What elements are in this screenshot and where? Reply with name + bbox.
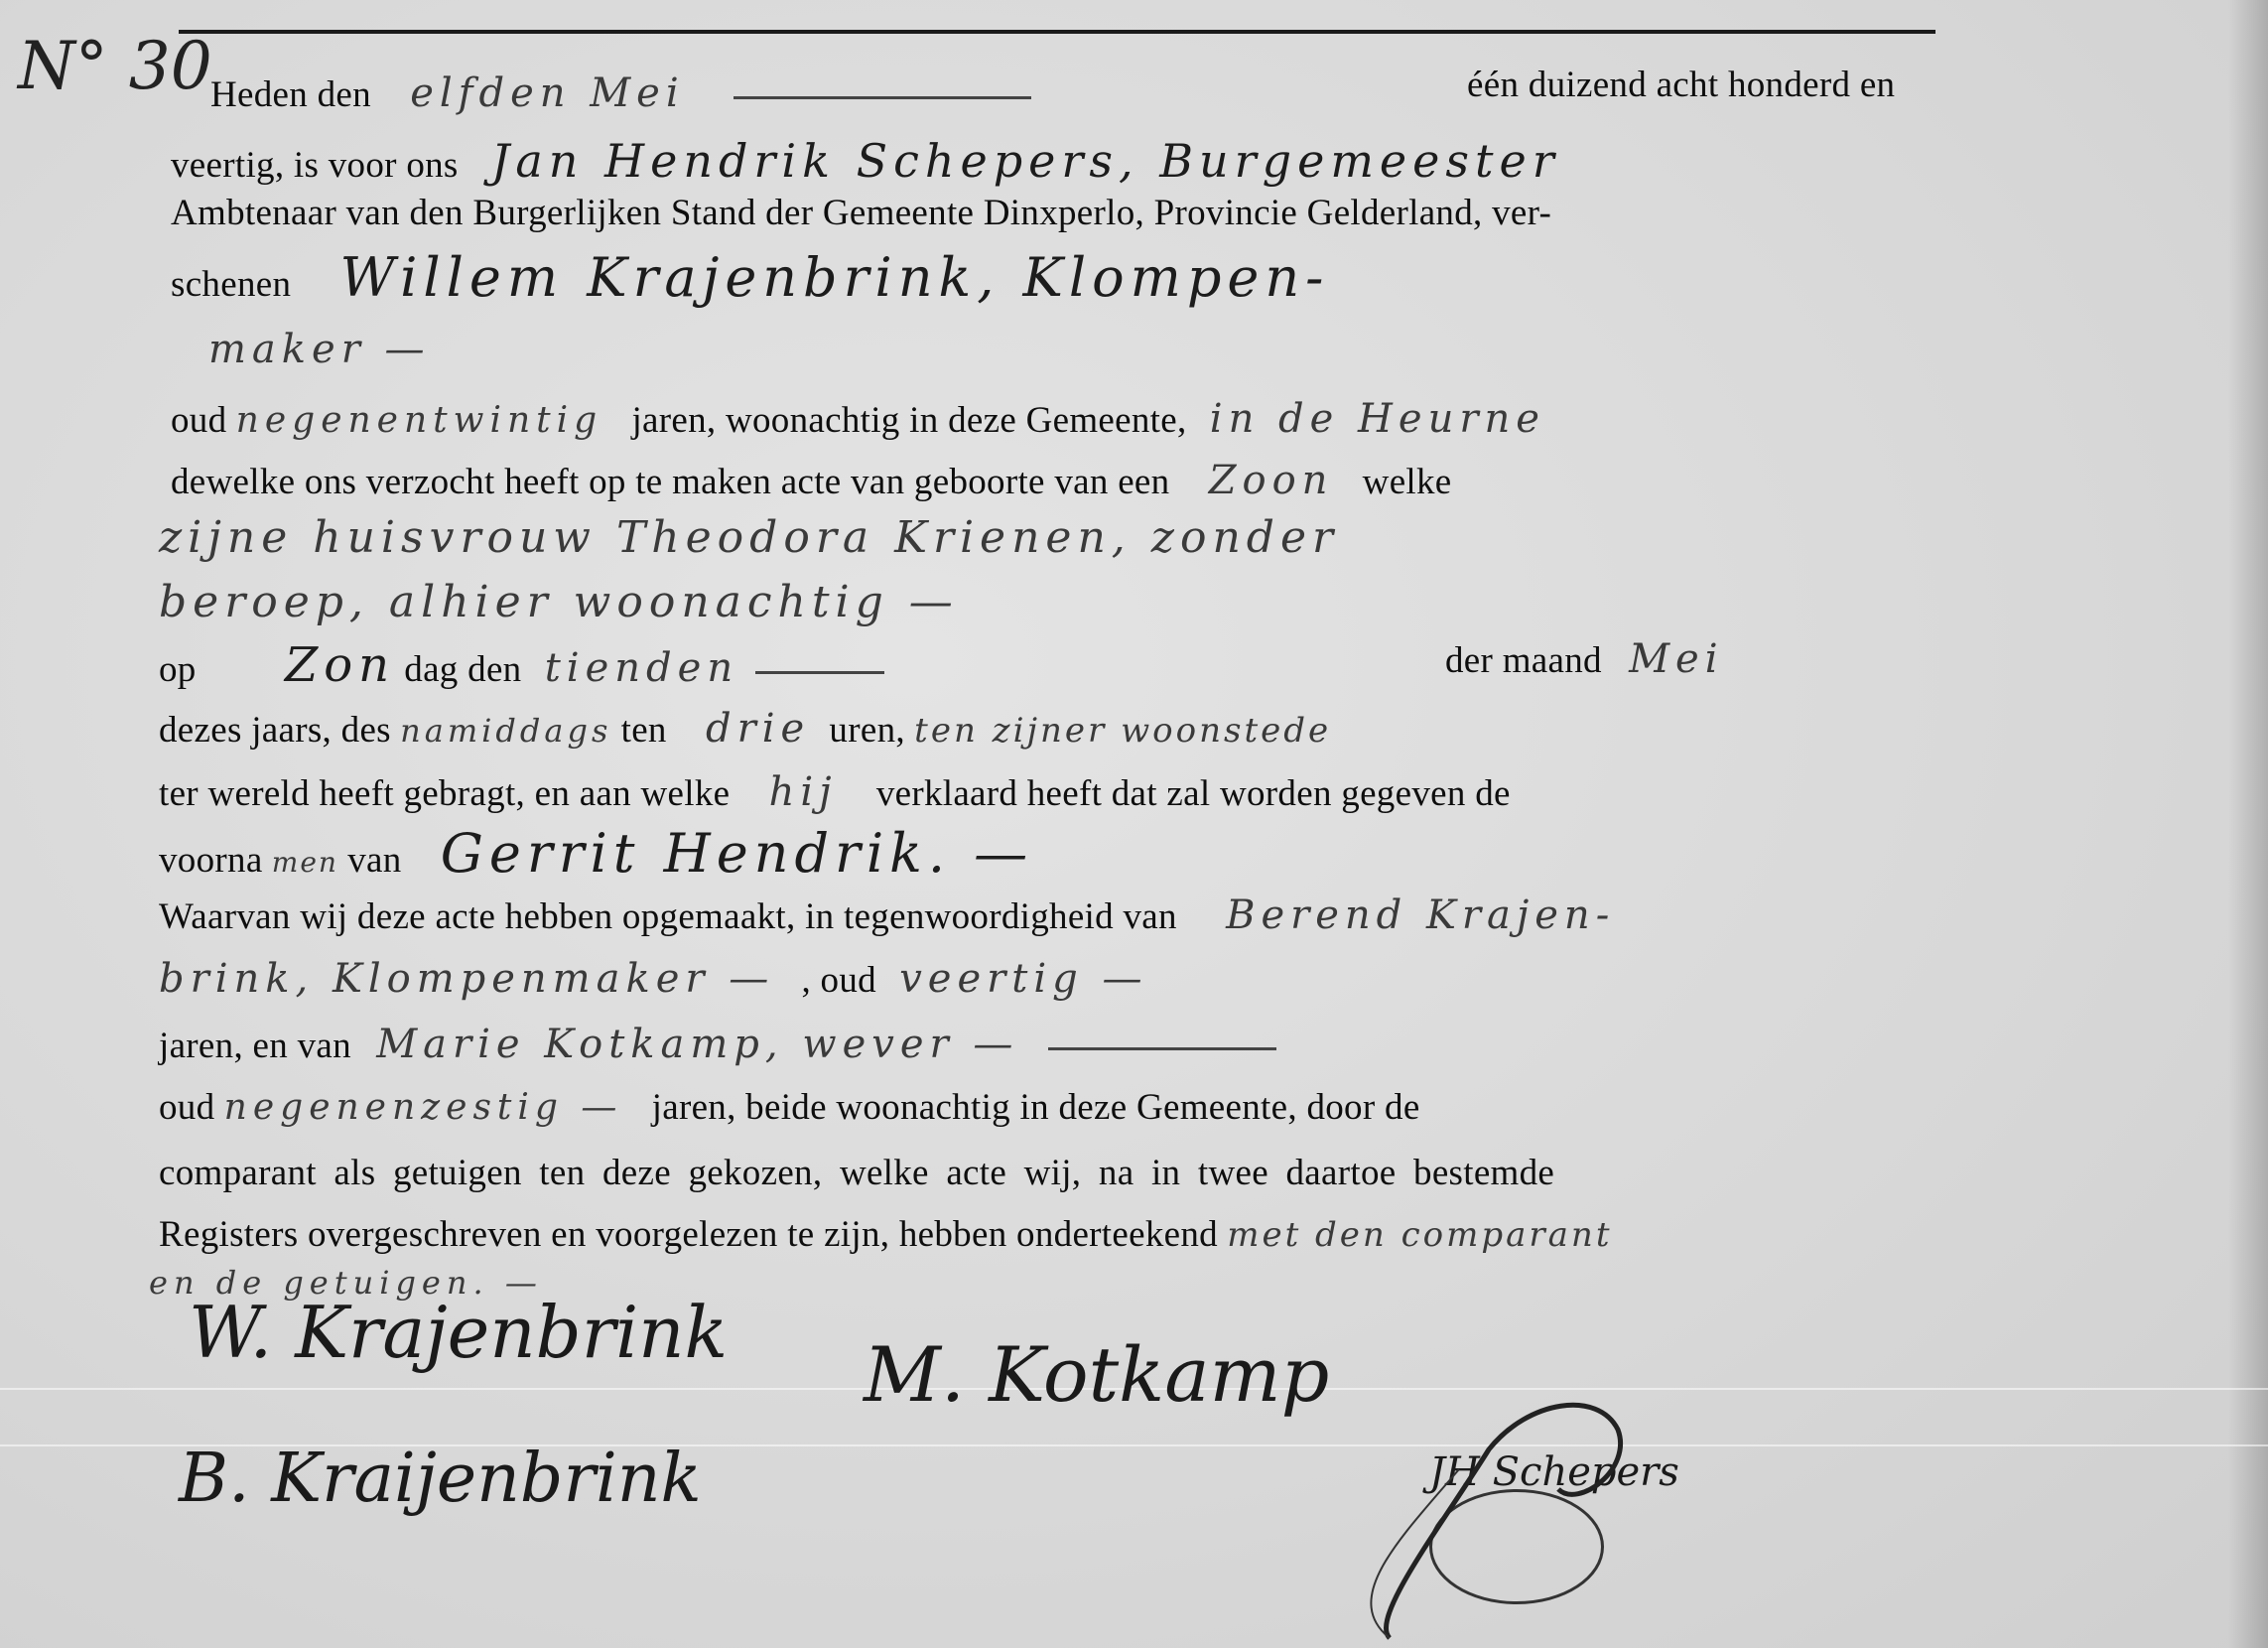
entry-number: N° 30 (18, 28, 212, 104)
printed-text: schenen (171, 264, 291, 305)
printed-text: dewelke ons verzocht heeft op te maken a… (171, 462, 1169, 502)
line-2: veertig, is voor ons Jan Hendrik Scheper… (171, 139, 1560, 188)
printed-text: der maand (1445, 640, 1602, 681)
handwritten-hour: drie (706, 706, 810, 752)
line-19: Registers overgeschreven en voorgelezen … (159, 1213, 1613, 1257)
handwritten-occupation: maker — (208, 327, 431, 372)
handwritten-witness-1: Berend Krajen- (1226, 893, 1615, 938)
printed-text: Ambtenaar van den Burgerlijken Stand der… (171, 193, 1551, 233)
printed-text: ter wereld heeft gebragt, en aan welke (159, 773, 730, 814)
handwritten-time-of-day: namiddags (400, 712, 611, 750)
printed-text: jaren, en van (159, 1026, 351, 1066)
handwritten-month: Mei (1629, 636, 1723, 682)
line-1: Heden den elfden Mei (210, 71, 1031, 117)
line-15: brink, Klompenmaker — , oud veertig — (159, 957, 1147, 1003)
handwritten-weekday: Zon (285, 637, 395, 693)
line-12: ter wereld heeft gebragt, en aan welke h… (159, 770, 1511, 816)
handwritten-child-name: Gerrit Hendrik. — (441, 822, 1033, 885)
line-5: maker — (208, 328, 431, 373)
line-9: beroep, alhier woonachtig — (159, 581, 959, 627)
line-10-right: der maand Mei (1445, 637, 1724, 683)
line-8: zijne huisvrouw Theodora Krienen, zonder (159, 516, 1339, 563)
handwritten-mother: zijne huisvrouw Theodora Krienen, zonder (159, 512, 1339, 563)
fill-dash (1048, 1047, 1276, 1050)
printed-text: Waarvan wij deze acte hebben opgemaakt, … (159, 896, 1177, 937)
line-3: Ambtenaar van den Burgerlijken Stand der… (171, 192, 1551, 235)
printed-text: comparant als getuigen ten deze gekozen,… (159, 1153, 1554, 1193)
handwritten-witness-2: Marie Kotkamp, wever — (376, 1022, 1018, 1067)
fill-dash (734, 96, 1031, 99)
signature-father: W. Krajenbrink (189, 1291, 728, 1374)
top-rule (179, 30, 1935, 34)
line-6: oud negenentwintig jaren, woonachtig in … (171, 397, 1545, 443)
printed-text: veertig, is voor ons (171, 145, 459, 186)
line-18: comparant als getuigen ten deze gekozen,… (159, 1152, 1554, 1195)
printed-text: oud (159, 1087, 214, 1128)
printed-text: van (347, 840, 401, 881)
printed-text: op (159, 649, 197, 690)
printed-text: verklaard heeft dat zal worden gegeven d… (876, 773, 1511, 814)
printed-text: , oud (801, 960, 876, 1001)
handwritten-age: negenentwintig (236, 400, 603, 441)
handwritten-signing-note: met den comparant (1227, 1215, 1612, 1255)
printed-text: uren, (829, 710, 905, 751)
line-16: jaren, en van Marie Kotkamp, wever — (159, 1023, 1276, 1068)
printed-text: jaren, woonachtig in deze Gemeente, (631, 400, 1186, 441)
handwritten-registrar: Jan Hendrik Schepers, Burgemeester (491, 134, 1560, 188)
handwritten-child-sex: Zoon (1209, 458, 1334, 503)
line-10: op Zon dag den tienden (159, 643, 884, 692)
handwritten-date: elfden Mei (410, 70, 684, 116)
line-11: dezes jaars, des namiddags ten drie uren… (159, 707, 1331, 753)
printed-text: dag den (404, 649, 521, 690)
handwritten-witness-2-age: negenenzestig — (224, 1087, 623, 1128)
handwritten-suffix: men (272, 846, 338, 879)
line-13: voorna men van Gerrit Hendrik. — (159, 832, 1033, 885)
line-4: schenen Willem Krajenbrink, Klompen- (171, 256, 1329, 307)
printed-text: Registers overgeschreven en voorgelezen … (159, 1214, 1218, 1255)
signature-witness-berend: B. Kraijenbrink (179, 1440, 702, 1518)
handwritten-mother-occupation: beroep, alhier woonachtig — (159, 577, 959, 627)
printed-text: dezes jaars, des (159, 710, 391, 751)
signature-flourish (1241, 1370, 1658, 1648)
printed-text: welke (1363, 462, 1452, 502)
line-14: Waarvan wij deze acte hebben opgemaakt, … (159, 893, 1615, 939)
handwritten-day: tienden (545, 645, 738, 691)
printed-text: oud (171, 400, 226, 441)
line-7: dewelke ons verzocht heeft op te maken a… (171, 459, 1452, 504)
printed-text: jaren, beide woonachtig in deze Gemeente… (652, 1087, 1420, 1128)
printed-text: Heden den (210, 74, 371, 115)
line-1-right: één duizend acht honderd en (1467, 64, 1895, 107)
handwritten-residence: in de Heurne (1210, 396, 1545, 442)
line-17: oud negenenzestig — jaren, beide woonach… (159, 1086, 1420, 1130)
handwritten-witness-1-age: veertig — (899, 956, 1147, 1002)
handwritten-birthplace: ten zijner woonstede (914, 711, 1331, 751)
handwritten-witness-1-occupation: brink, Klompenmaker — (159, 956, 774, 1002)
handwritten-declarant: Willem Krajenbrink, Klompen- (340, 246, 1330, 309)
printed-text: ten (621, 710, 667, 751)
page-edge-shadow (2228, 0, 2268, 1648)
printed-text: voorna (159, 840, 263, 881)
fill-dash (755, 671, 884, 674)
printed-text: één duizend acht honderd en (1467, 65, 1895, 105)
handwritten-declarant-pronoun: hij (769, 769, 838, 815)
